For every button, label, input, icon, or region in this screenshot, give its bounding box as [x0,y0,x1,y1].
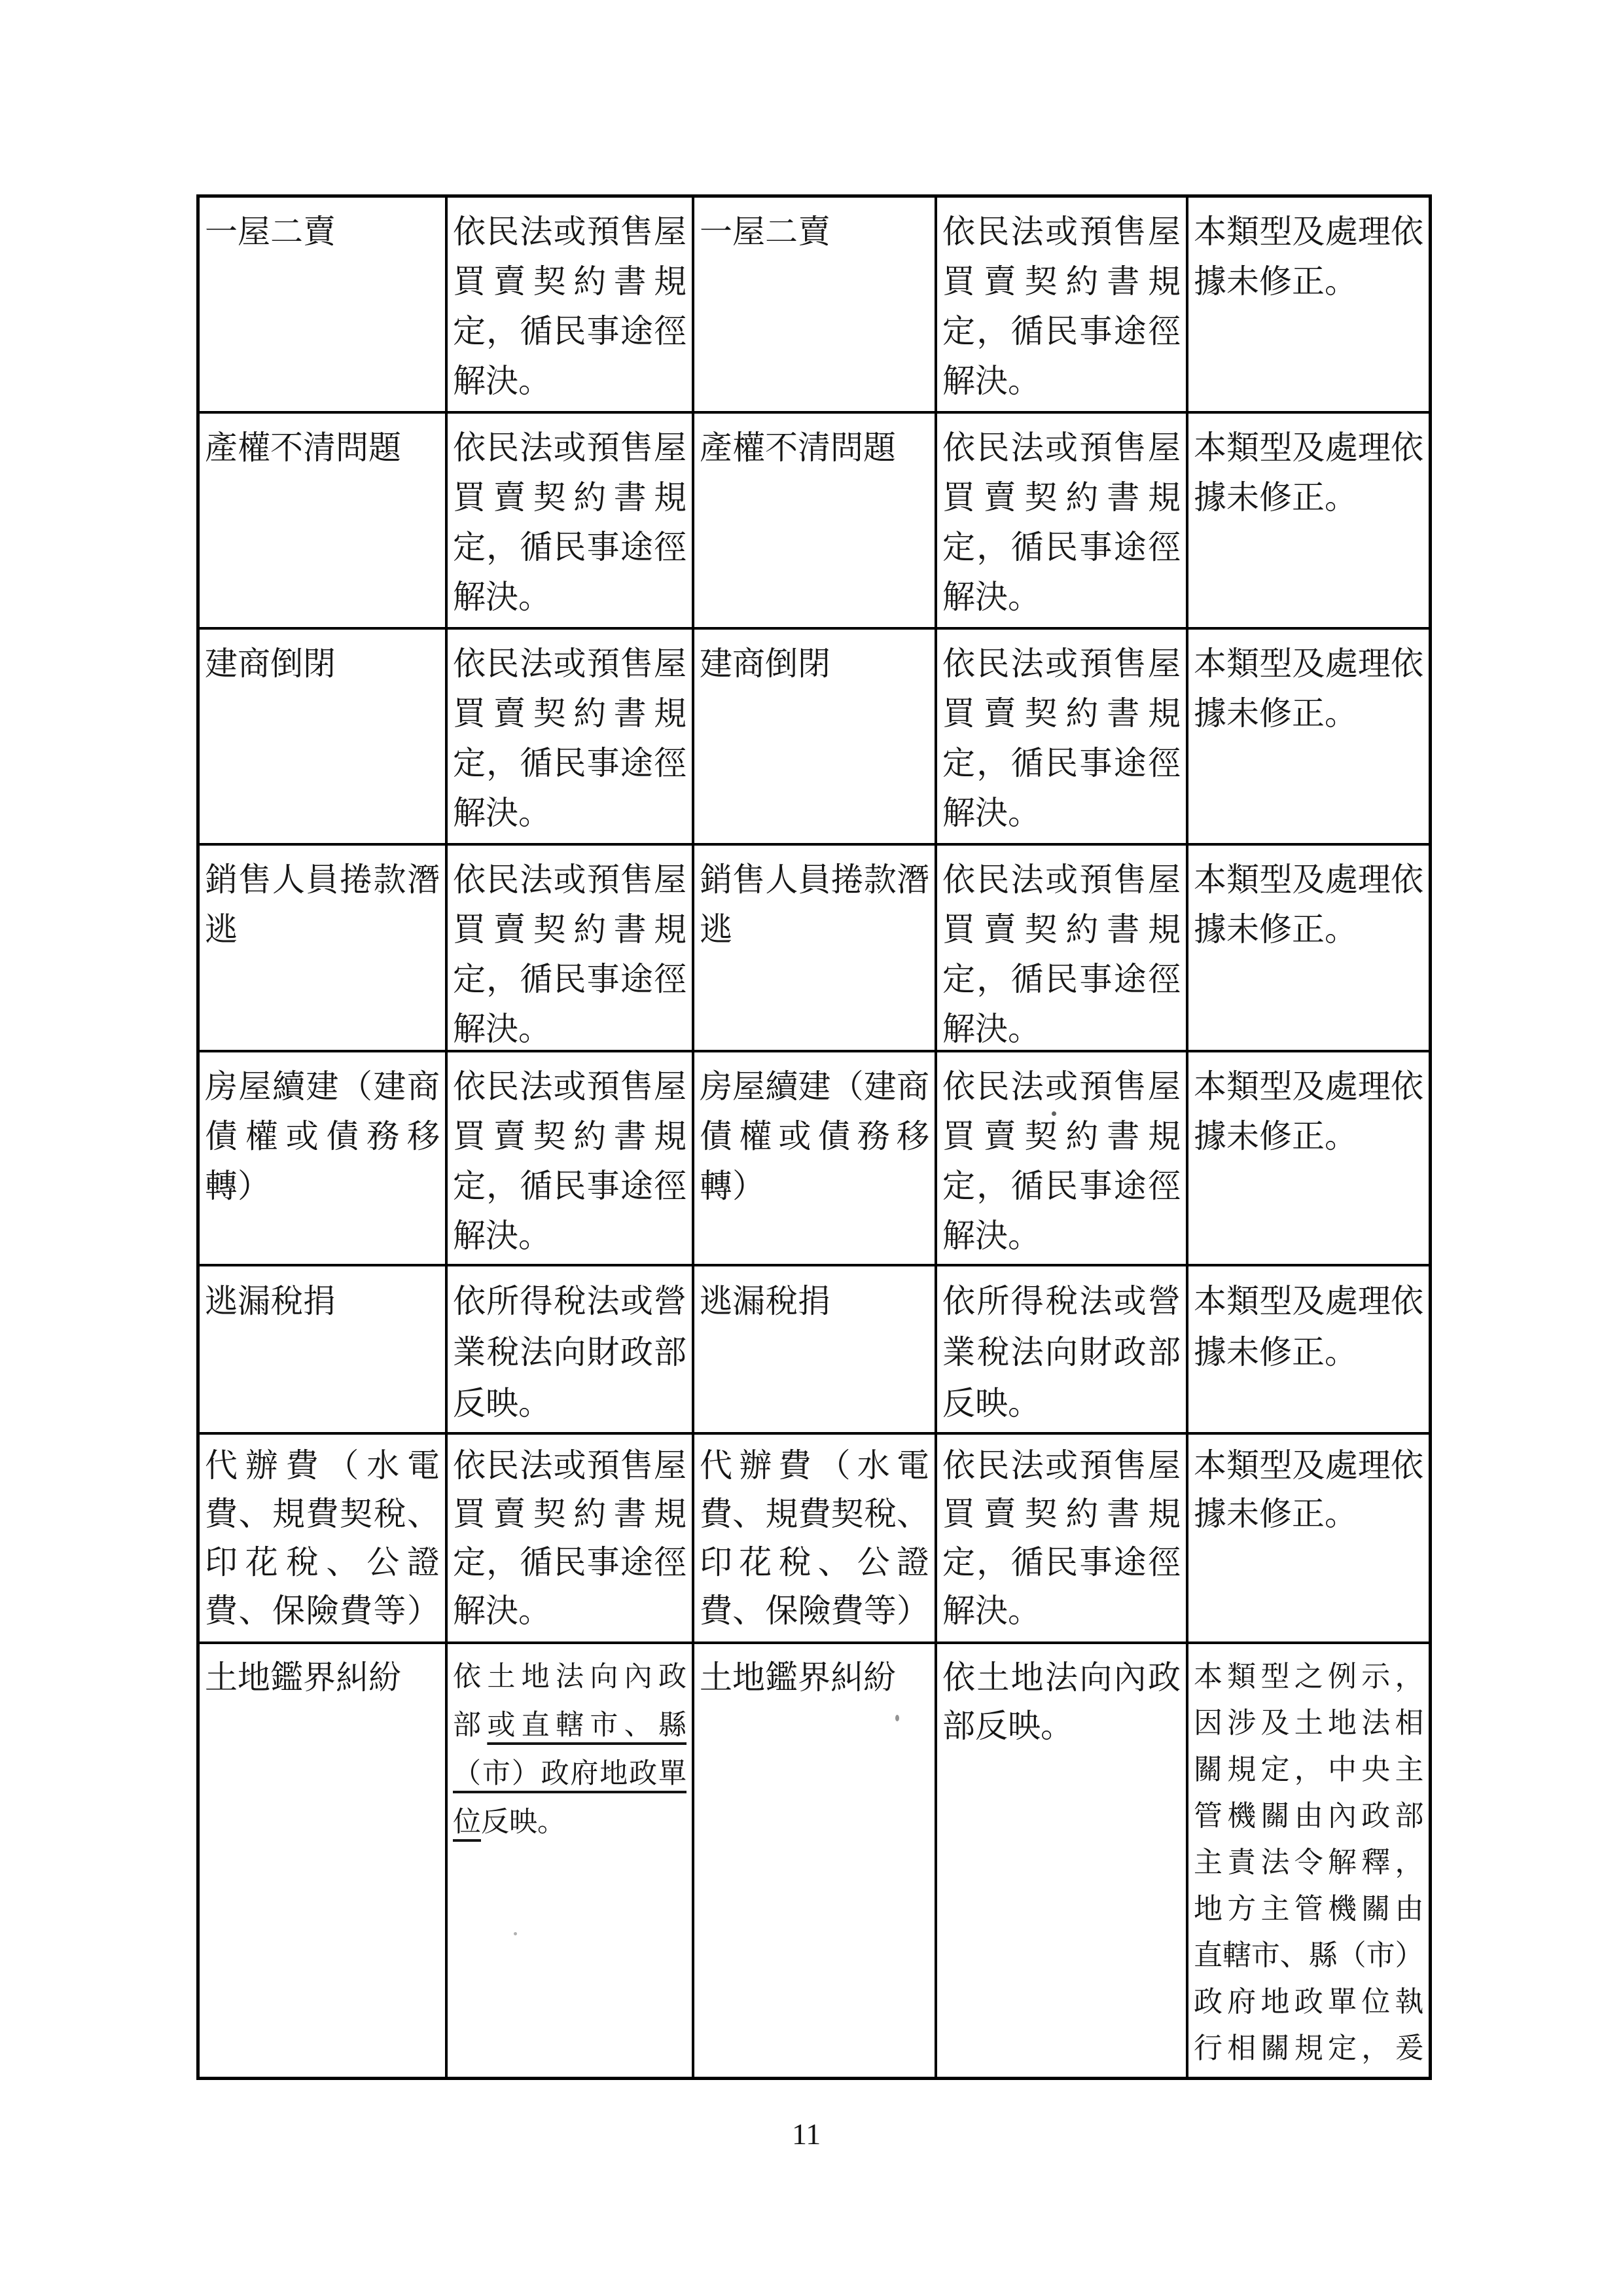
table-cell: 依所得稅法或營業稅法向財政部反映。 [448,1266,692,1432]
table-cell: 土地鑑界糾紛 [694,1644,935,2077]
table-cell: 依民法或預售屋買賣契約書規定，循民事途徑解決。 [937,1052,1186,1264]
table-cell: 本類型及處理依據未修正。 [1188,1052,1429,1264]
table-cell: 土地鑑界糾紛 [200,1644,445,2077]
table-cell: 建商倒閉 [694,630,935,843]
table-cell: 依民法或預售屋買賣契約書規定，循民事途徑解決。 [937,198,1186,411]
table-cell: 一屋二賣 [200,198,445,411]
underlined-text: 或直轄市、縣 [487,1710,687,1741]
table-cell: 依民法或預售屋買賣契約書規定，循民事途徑解決。 [937,1435,1186,1641]
table-cell: 銷售人員捲款潛逃 [200,846,445,1050]
table-cell: 依民法或預售屋買賣契約書規定，循民事途徑解決。 [448,846,692,1050]
table-cell: 本類型及處理依據未修正。 [1188,846,1429,1050]
table-cell: 依民法或預售屋買賣契約書規定，循民事途徑解決。 [937,846,1186,1050]
disputes-table: 一屋二賣依民法或預售屋買賣契約書規定，循民事途徑解決。一屋二賣依民法或預售屋買賣… [196,194,1432,2080]
table-cell: 本類型及處理依據未修正。 [1188,1435,1429,1641]
scan-speck [895,1715,899,1721]
table-cell: 銷售人員捲款潛逃 [694,846,935,1050]
table-cell: 依民法或預售屋買賣契約書規定，循民事途徑解決。 [937,630,1186,843]
table-cell: 依民法或預售屋買賣契約書規定，循民事途徑解決。 [448,1052,692,1264]
table-cell: 本類型及處理依據未修正。 [1188,630,1429,843]
table-cell: 依所得稅法或營業稅法向財政部反映。 [937,1266,1186,1432]
table-cell: 產權不清問題 [694,414,935,627]
table-cell: 依土地法向內政部反映。 [937,1644,1186,2077]
table-cell: 依民法或預售屋買賣契約書規定，循民事途徑解決。 [448,630,692,843]
table-cell: 逃漏稅捐 [200,1266,445,1432]
table-cell: 代辦費（水電費、規費契稅、印花稅、公證費、保險費等） [200,1435,445,1641]
table-cell: 逃漏稅捐 [694,1266,935,1432]
table-cell: 代辦費（水電費、規費契稅、印花稅、公證費、保險費等） [694,1435,935,1641]
table-cell: 建商倒閉 [200,630,445,843]
underlined-text: 位 [453,1807,481,1838]
table-cell: 依土地法向內政部或直轄市、縣（市）政府地政單位反映。 [448,1644,692,2077]
table-cell: 產權不清問題 [200,414,445,627]
table-cell: 房屋續建（建商債權或債務移轉） [200,1052,445,1264]
table-cell: 本類型及處理依據未修正。 [1188,1266,1429,1432]
table-cell: 本類型及處理依據未修正。 [1188,414,1429,627]
table-cell: 一屋二賣 [694,198,935,411]
document-page: 一屋二賣依民法或預售屋買賣契約書規定，循民事途徑解決。一屋二賣依民法或預售屋買賣… [0,0,1623,2296]
table-cell: 依民法或預售屋買賣契約書規定，循民事途徑解決。 [448,1435,692,1641]
table-cell: 依民法或預售屋買賣契約書規定，循民事途徑解決。 [448,198,692,411]
table-cell: 依民法或預售屋買賣契約書規定，循民事途徑解決。 [448,414,692,627]
scan-speck [1052,1111,1056,1116]
underlined-text: （市）政府地政單 [453,1759,687,1789]
table-cell: 本類型及處理依據未修正。 [1188,198,1429,411]
table-cell: 依民法或預售屋買賣契約書規定，循民事途徑解決。 [937,414,1186,627]
page-number: 11 [792,2119,821,2149]
table-cell: 本類型之例示，因涉及土地法相關規定，中央主管機關由內政部主責法令解釋，地方主管機… [1188,1644,1429,2077]
scan-speck [514,1932,517,1935]
table-cell: 房屋續建（建商債權或債務移轉） [694,1052,935,1264]
